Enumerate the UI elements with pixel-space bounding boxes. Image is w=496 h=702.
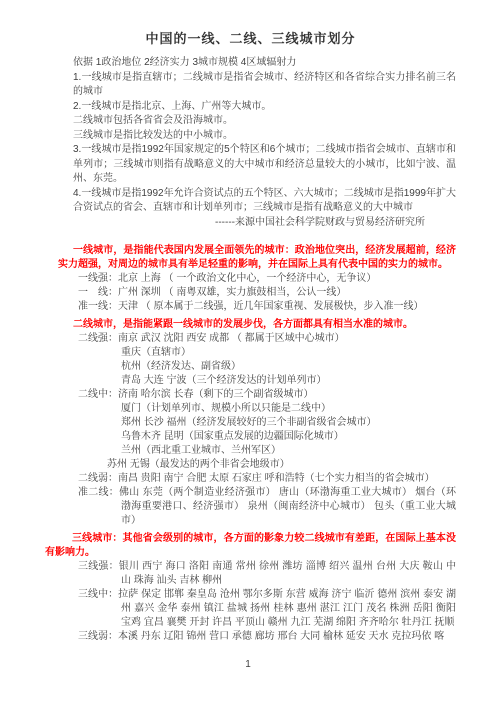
tier-entry: 厦门（计划单列市、规模小所以只能是二线中） [45, 402, 456, 416]
tier-entry: 重庆（直辖市） [45, 346, 456, 360]
tier-label: 一 线： [78, 287, 118, 298]
tier-section-1: 一线城市，是指能代表国内发展全面领先的城市：政治地位突出，经济发展超前，经济实力… [45, 244, 456, 314]
tier-entry: 准二线：佛山 东莞（两个制造业经济强市） 唐山（环渤海重工业大城市） 烟台（环渤… [45, 486, 456, 528]
tier-entry: 二线强：南京 武汉 沈阳 西安 成都 （ 都属于区域中心城市） [45, 332, 456, 346]
tier-entry: 三线弱：本溪 丹东 辽阳 锦州 营口 承德 廊坊 邢台 大同 榆林 延安 天水 … [45, 630, 456, 644]
tier-entry: 二线中：济南 哈尔滨 长春（剩下的三个副省级城市） [45, 388, 456, 402]
tier-entry: 准一线：天津 （ 原本属于二线强，近几年国家重视、发展极快，步入准一线） [45, 300, 456, 314]
intro-paragraph: 2.一线城市是指北京、上海、广州等大城市。 [73, 100, 456, 115]
tier-label: 三线中： [78, 589, 118, 600]
source-attribution: ------来源中国社会科学院财政与贸易经济研究所 [215, 216, 456, 231]
tier-entry: 二线弱：南昌 贵阳 南宁 合肥 太原 石家庄 呼和浩特（七个实力相当的省会城市） [45, 472, 456, 486]
intro-paragraph: 1.一线城市是指直辖市；二线城市是指省会城市、经济特区和各省综合实力排名前三名的… [73, 71, 456, 100]
page-title: 中国的一线、二线、三线城市划分 [45, 30, 456, 48]
tier-entry: 一 线：广州 深圳 （ 南粤双雄，实力旗鼓相当，公认一线） [45, 286, 456, 300]
tier-entry: 一线强：北京 上海 （ 一个政治文化中心，一个经济中心，无争议） [45, 272, 456, 286]
tier-label: 三线弱： [78, 631, 118, 642]
intro-paragraph: 二线城市包括各省省会及沿海城市。 [73, 114, 456, 129]
tier-section-2: 二线城市，是指能紧跟一线城市的发展步伐，各方面都具有相当水准的城市。二线强：南京… [45, 318, 456, 528]
intro-paragraph: 3.一线城市是指1992年国家规定的5个特区和6个城市；二线城市指省会城市、直辖… [73, 143, 456, 187]
intro-paragraph: 三线城市是指比较发达的中小城市。 [73, 129, 456, 144]
tier-heading: 一线城市，是指能代表国内发展全面领先的城市：政治地位突出，经济发展超前，经济实力… [58, 244, 456, 272]
tier-section-3: 三线城市：其他省会级别的城市，各方面的影象力较二线城市有差距，在国际上基本没有影… [45, 532, 456, 644]
tier-entry: 三线中：拉萨 保定 邯郸 秦皇岛 沧州 鄂尔多斯 东营 威海 济宁 临沂 德州 … [45, 588, 456, 630]
tier-label: 三线强： [78, 561, 119, 572]
intro-paragraph: 依据 1政治地位 2经济实力 3城市规模 4区域辐射力 [73, 56, 456, 71]
tier-entry: 兰州（西北重工业城市、兰州军区） [45, 444, 456, 458]
tier-entry: 三线强：银川 西宁 海口 洛阳 南通 常州 徐州 潍坊 淄博 绍兴 温州 台州 … [45, 560, 456, 588]
intro-paragraphs: 依据 1政治地位 2经济实力 3城市规模 4区域辐射力1.一线城市是指直辖市；二… [45, 56, 456, 216]
tier-heading: 二线城市，是指能紧跟一线城市的发展步伐，各方面都具有相当水准的城市。 [58, 318, 456, 332]
intro-paragraph: 4.一线城市是指1992年允许合资试点的五个特区、六大城市；二线城市是指1999… [73, 187, 456, 216]
tier-label: 二线中： [78, 389, 118, 400]
tier-sections: 一线城市，是指能代表国内发展全面领先的城市：政治地位突出，经济发展超前，经济实力… [45, 244, 456, 644]
tier-entry: 杭州（经济发达、副省级） [45, 360, 456, 374]
tier-label: 二线强： [78, 333, 118, 344]
page-number: 1 [0, 659, 496, 670]
tier-label: 一线强： [78, 273, 118, 284]
tier-entry: 乌鲁木齐 昆明（国家重点发展的边疆国际化城市） [45, 430, 456, 444]
tier-entry: 青岛 大连 宁波（三个经济发达的计划单列市） [45, 374, 456, 388]
tier-label: 二线弱： [78, 473, 118, 484]
document-page: 中国的一线、二线、三线城市划分 依据 1政治地位 2经济实力 3城市规模 4区域… [0, 0, 496, 702]
tier-heading: 三线城市：其他省会级别的城市，各方面的影象力较二线城市有差距，在国际上基本没有影… [45, 532, 456, 560]
tier-label: 准二线： [78, 487, 119, 498]
tier-entry: 苏州 无锡（最发达的两个非省会地级市） [45, 458, 456, 472]
tier-label: 准一线： [78, 301, 118, 312]
tier-entry: 郑州 长沙 福州（经济发展较好的三个非副省级省会城市） [45, 416, 456, 430]
